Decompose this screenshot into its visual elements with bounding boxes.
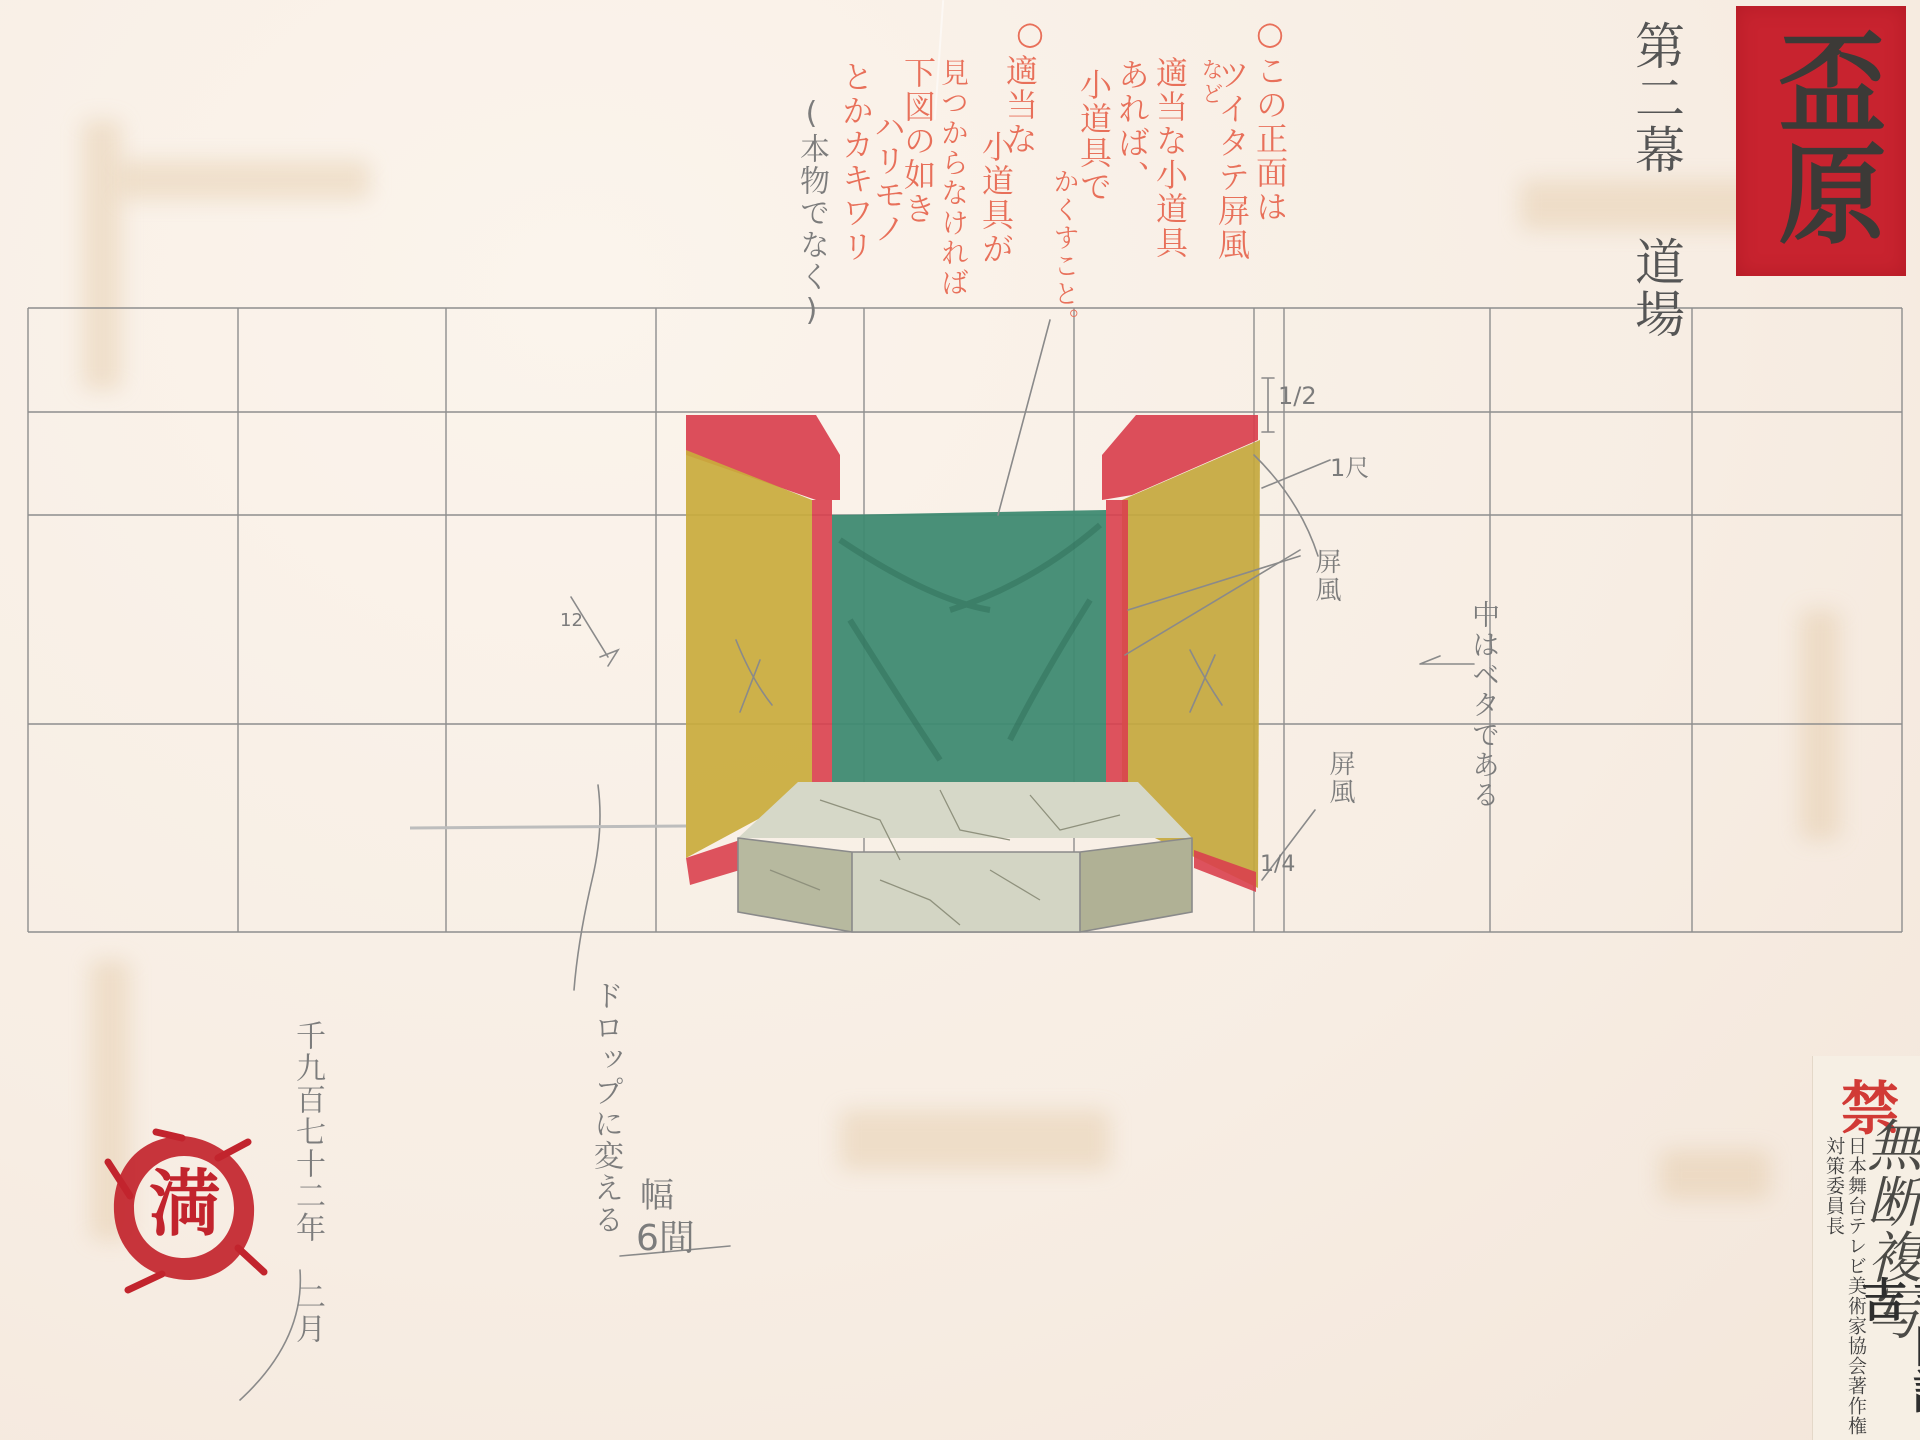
stone-platform: [738, 782, 1192, 932]
right-lower-label: 屏風: [1322, 750, 1359, 806]
note-column: かくすこと。: [1044, 168, 1084, 336]
title-card: 盃原: [1736, 6, 1906, 276]
note-column: ○: [1010, 14, 1050, 54]
note-column: 小道具が: [976, 130, 1016, 266]
signature-strip: 禁 無断複写 日本舞台テレビ美術家協会著作権対策委員長 吉田謙吉: [1812, 1056, 1920, 1440]
note-column: 適当な小道具: [1150, 56, 1190, 260]
note-column: とかカキワリ: [836, 60, 876, 264]
top-marker: 1尺: [1330, 448, 1369, 483]
artist-seal: 満: [98, 1122, 270, 1294]
pencil-aside: (本物でなく): [792, 96, 830, 330]
left-arrow-label: 12: [560, 610, 583, 631]
note-column: など: [1190, 58, 1230, 106]
right-upper-label: 屏風: [1308, 548, 1345, 604]
play-title: 盃原: [1758, 26, 1888, 250]
top-dimension: 1/2: [1278, 382, 1317, 410]
note-column: あれば、: [1112, 58, 1152, 194]
date-note: 千九百七十二年 二月: [290, 1020, 324, 1345]
bottom-dimension: 1/4: [1260, 852, 1295, 877]
green-backdrop: [832, 510, 1106, 782]
width-value: 6間: [636, 1210, 695, 1261]
drop-note: ドロップに変える: [588, 980, 622, 1236]
artist-name: 吉田謙吉: [1855, 1276, 1920, 1440]
note-column: 見つからなければ: [936, 58, 970, 298]
note-column: ○この正面は: [1250, 14, 1290, 224]
act-scene-title: 第二幕 道場: [1628, 20, 1684, 340]
seal-character: 満: [148, 1164, 222, 1244]
center-right-note: 中はベタである: [1468, 600, 1500, 810]
